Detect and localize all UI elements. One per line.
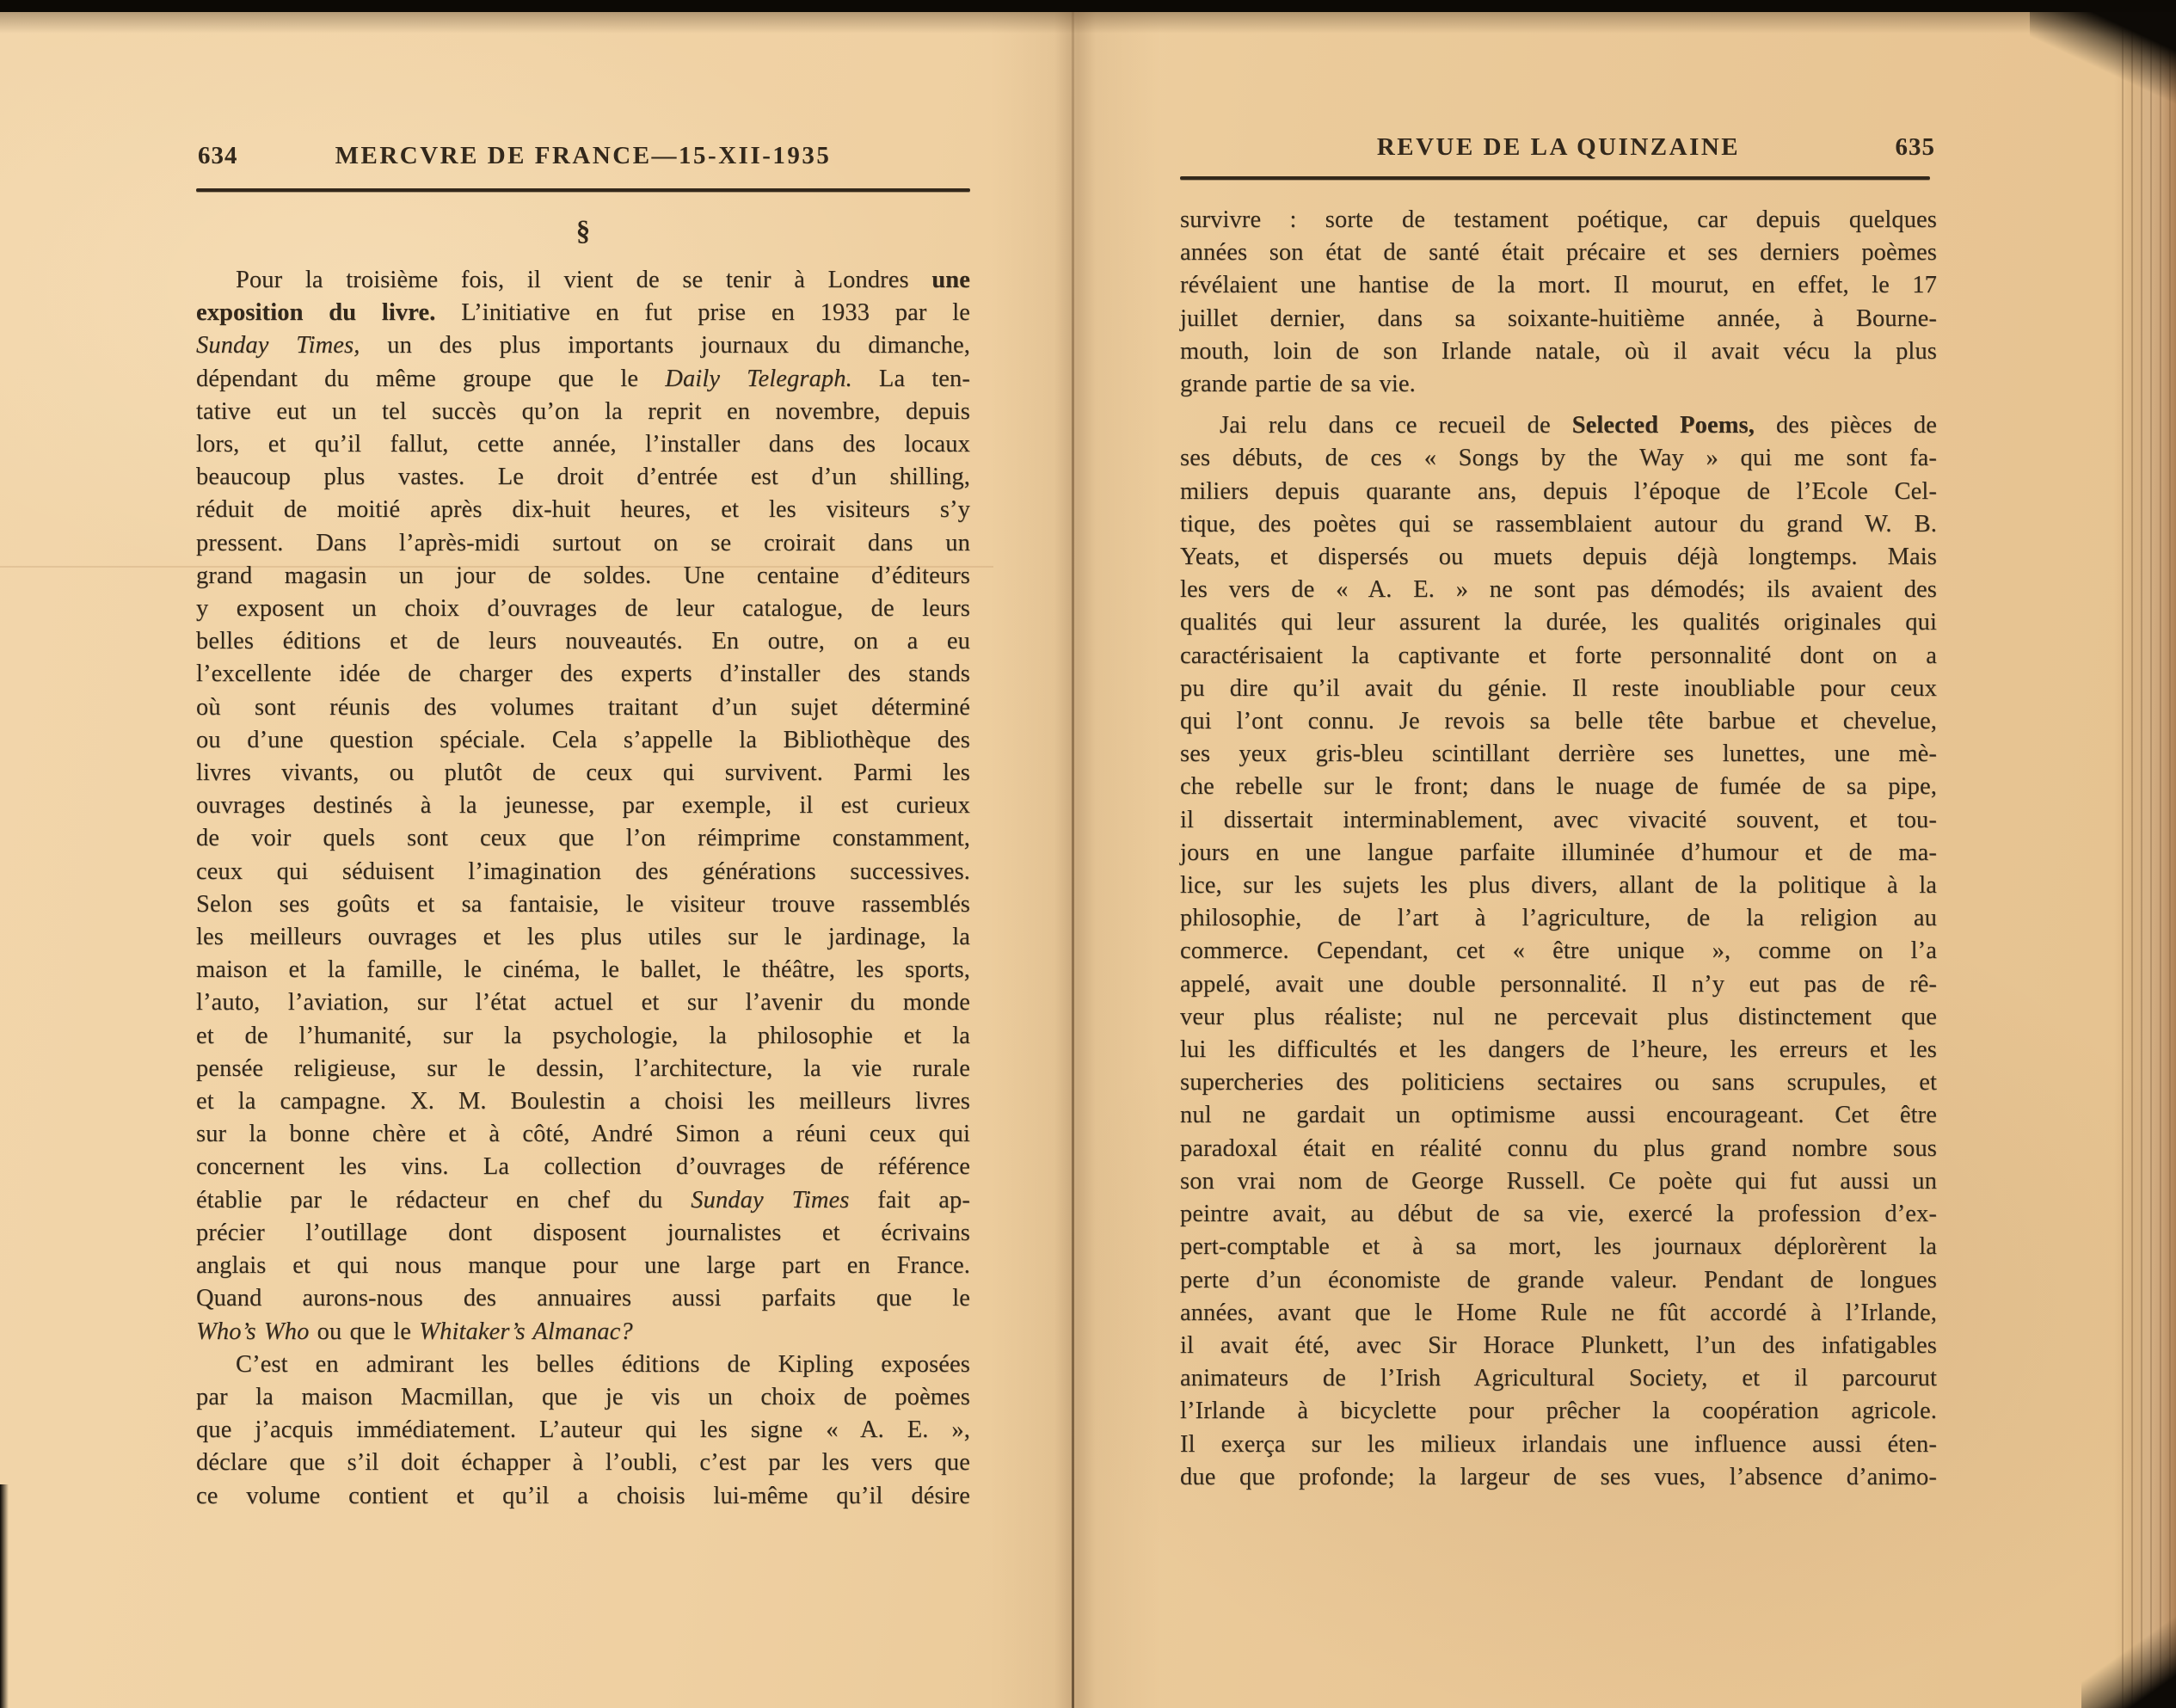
text-line: Yeats, et dispersés ou muets depuis déjà…	[1180, 541, 1937, 574]
body-text: tative eut un tel succès qu’on la reprit…	[196, 398, 970, 425]
body-text: y exposent un choix d’ouvrages de leur c…	[196, 595, 970, 622]
section-mark: §	[196, 212, 970, 250]
text-line: précier l’outillage dont disposent journ…	[196, 1217, 970, 1250]
body-text: réduit de moitié après dix-huit heures, …	[196, 496, 970, 523]
body-text: mouth, loin de son Irlande natale, où il…	[1180, 338, 1937, 365]
text-line: par la maison Macmillan, que je vis un c…	[196, 1381, 970, 1414]
text-line: C’est en admirant les belles éditions de…	[196, 1349, 970, 1381]
body-text: années, avant que le Home Rule ne fût ac…	[1180, 1299, 1937, 1326]
body-text: C’est en admirant les belles éditions de…	[236, 1351, 970, 1378]
body-text: ouvrages destinés à la jeunesse, par exe…	[196, 792, 970, 819]
text-line: tative eut un tel succès qu’on la reprit…	[196, 396, 970, 428]
text-line: Il exerça sur les milieux irlandais une …	[1180, 1428, 1937, 1461]
text-line: beaucoup plus vastes. Le droit d’entrée …	[196, 461, 970, 494]
text-line: perte d’un économiste de grande valeur. …	[1180, 1264, 1937, 1297]
body-text: qui l’ont connu. Je revois sa belle tête…	[1180, 708, 1937, 734]
body-text: que j’acquis immédiatement. L’auteur qui…	[196, 1416, 970, 1443]
body-text: livres vivants, ou plutôt de ceux qui su…	[196, 759, 970, 786]
text-line: révélaient une hantise de la mort. Il mo…	[1180, 269, 1937, 302]
text-line: établie par le rédacteur en chef du Sund…	[196, 1184, 970, 1217]
text-line: miliers depuis quarante ans, depuis l’ép…	[1180, 476, 1937, 508]
text-line: Jai relu dans ce recueil de Selected Poe…	[1180, 409, 1937, 442]
open-book-pages: 634 MERCVRE DE FRANCE—15-XII-1935 § Pour…	[0, 11, 2176, 1708]
body-text: La ten-	[852, 366, 970, 392]
body-text: appelé, avait une double personnalité. I…	[1180, 971, 1937, 998]
gutter-shadow	[989, 11, 1161, 1708]
text-line: années, avant que le Home Rule ne fût ac…	[1180, 1297, 1937, 1330]
body-text: Jai relu dans ce recueil de	[1220, 412, 1572, 439]
text-line: caractérisaient la captivante et forte p…	[1180, 640, 1937, 673]
body-text: pensée religieuse, sur le dessin, l’arch…	[196, 1055, 970, 1082]
text-line: sur la bonne chère et à côté, André Simo…	[196, 1118, 970, 1151]
text-line: et la campagne. X. M. Boulestin a choisi…	[196, 1085, 970, 1118]
text-line: animateurs de l’Irish Agricultural Socie…	[1180, 1362, 1937, 1395]
text-line: juillet dernier, dans sa soixante-huitiè…	[1180, 303, 1937, 335]
body-text: son vrai nom de George Russell. Ce poète…	[1180, 1168, 1937, 1195]
text-line: les meilleurs ouvrages et les plus utile…	[196, 921, 970, 954]
body-text: il dissertait interminablement, avec viv…	[1180, 807, 1937, 833]
text-line: l’auto, l’aviation, sur l’état actuel et…	[196, 986, 970, 1019]
body-text: peintre avait, au début de sa vie, exerc…	[1180, 1201, 1937, 1227]
italic-text: Who’s Who	[196, 1318, 309, 1345]
text-line: tique, des poètes qui se rassemblaient a…	[1180, 508, 1937, 541]
text-line: livres vivants, ou plutôt de ceux qui su…	[196, 757, 970, 789]
text-line: ses yeux gris-bleu scintillant derrière …	[1180, 738, 1937, 771]
text-line: anglais et qui nous manque pour une larg…	[196, 1250, 970, 1282]
right-running-title: REVUE DE LA QUINZAINE	[1180, 133, 1937, 162]
text-line: déclare que s’il doit échapper à l’oubli…	[196, 1447, 970, 1479]
body-text: veur plus réaliste; nul ne percevait plu…	[1180, 1004, 1937, 1030]
fore-edge-page-stack	[2114, 11, 2176, 1708]
text-line: pensée religieuse, sur le dessin, l’arch…	[196, 1053, 970, 1085]
text-line: l’excellente idée de charger des experts…	[196, 658, 970, 691]
body-text: révélaient une hantise de la mort. Il mo…	[1180, 272, 1937, 298]
text-line: lice, sur les sujets les plus divers, al…	[1180, 869, 1937, 902]
text-line: pressent. Dans l’après-midi surtout on s…	[196, 527, 970, 560]
text-line: dépendant du même groupe que le Daily Te…	[196, 363, 970, 396]
body-text: un des plus importants journaux du diman…	[360, 332, 970, 359]
text-line: che rebelle sur le front; dans le nuage …	[1180, 771, 1937, 803]
text-line: qualités qui leur assurent la durée, les…	[1180, 606, 1937, 639]
body-text: l’auto, l’aviation, sur l’état actuel et…	[196, 989, 970, 1016]
body-text: belles éditions et de leurs nouveautés. …	[196, 628, 970, 654]
right-page-text: survivre : sorte de testament poétique, …	[1180, 204, 1937, 1494]
text-line: maison et la famille, le cinéma, le ball…	[196, 954, 970, 986]
body-text: perte d’un économiste de grande valeur. …	[1180, 1267, 1937, 1293]
text-line: belles éditions et de leurs nouveautés. …	[196, 625, 970, 658]
bold-text: Selected Poems,	[1572, 412, 1755, 439]
body-text: l’Irlande à bicyclette pour prêcher la c…	[1180, 1398, 1937, 1424]
text-line: grande partie de sa vie.	[1180, 368, 1937, 401]
top-black-border	[0, 0, 2176, 12]
italic-text: Sunday Times,	[196, 332, 360, 359]
body-text: et la campagne. X. M. Boulestin a choisi…	[196, 1088, 970, 1115]
text-line: nul ne gardait un optimisme aussi encour…	[1180, 1099, 1937, 1132]
left-running-title: MERCVRE DE FRANCE—15-XII-1935	[196, 142, 970, 170]
body-text: lors, et qu’il fallut, cette année, l’in…	[196, 431, 970, 458]
left-page: 634 MERCVRE DE FRANCE—15-XII-1935 § Pour…	[196, 142, 970, 1513]
body-text: juillet dernier, dans sa soixante-huitiè…	[1180, 305, 1937, 332]
body-text: ses yeux gris-bleu scintillant derrière …	[1180, 740, 1937, 767]
gutter-crease	[1072, 11, 1074, 1708]
body-text: Quand aurons-nous des annuaires aussi pa…	[196, 1285, 970, 1312]
body-text: Il exerça sur les milieux irlandais une …	[1180, 1431, 1937, 1458]
body-text: miliers depuis quarante ans, depuis l’ép…	[1180, 478, 1937, 505]
left-header-rule	[196, 188, 970, 192]
scanned-book-spread: 634 MERCVRE DE FRANCE—15-XII-1935 § Pour…	[0, 0, 2176, 1708]
body-text: lice, sur les sujets les plus divers, al…	[1180, 872, 1937, 899]
body-text: ou que le	[309, 1318, 419, 1345]
text-line: son vrai nom de George Russell. Ce poète…	[1180, 1165, 1937, 1198]
text-line: il dissertait interminablement, avec viv…	[1180, 804, 1937, 837]
text-line: due que profonde; la largeur de ses vues…	[1180, 1461, 1937, 1494]
body-text: les meilleurs ouvrages et les plus utile…	[196, 924, 970, 950]
text-line: lui les difficultés et les dangers de l’…	[1180, 1034, 1937, 1066]
body-text: ses débuts, de ces « Songs by the Way » …	[1180, 445, 1937, 471]
body-text: Yeats, et dispersés ou muets depuis déjà…	[1180, 544, 1937, 570]
text-line: pu dire qu’il avait du génie. Il reste i…	[1180, 673, 1937, 705]
body-text: concernent les vins. La collection d’ouv…	[196, 1153, 970, 1180]
body-text: jours en une langue parfaite illuminée d…	[1180, 839, 1937, 866]
body-text: sur la bonne chère et à côté, André Simo…	[196, 1121, 970, 1147]
text-line: qui l’ont connu. Je revois sa belle tête…	[1180, 705, 1937, 738]
text-line: réduit de moitié après dix-huit heures, …	[196, 494, 970, 526]
text-line: ou d’une question spéciale. Cela s’appel…	[196, 724, 970, 757]
text-line: ceux qui séduisent l’imagination des gén…	[196, 856, 970, 888]
body-text: établie par le rédacteur en chef du	[196, 1187, 691, 1213]
top-right-corner-shadow	[2030, 11, 2176, 123]
text-line: Selon ses goûts et sa fantaisie, le visi…	[196, 888, 970, 921]
body-text: les vers de « A. E. » ne sont pas démodé…	[1180, 576, 1937, 603]
text-line: Who’s Who ou que le Whitaker’s Almanac?	[196, 1316, 970, 1349]
text-line: peintre avait, au début de sa vie, exerc…	[1180, 1198, 1937, 1231]
body-text: déclare que s’il doit échapper à l’oubli…	[196, 1449, 970, 1476]
body-text: grande partie de sa vie.	[1180, 371, 1416, 397]
left-page-header: 634 MERCVRE DE FRANCE—15-XII-1935	[196, 142, 970, 176]
body-text: philosophie, de l’art à l’agriculture, d…	[1180, 905, 1937, 931]
text-line: supercheries des politiciens sectaires o…	[1180, 1066, 1937, 1099]
text-line: années son état de santé était précaire …	[1180, 237, 1937, 269]
body-text: Selon ses goûts et sa fantaisie, le visi…	[196, 891, 970, 918]
body-text: par la maison Macmillan, que je vis un c…	[196, 1384, 970, 1410]
body-text: ce volume contient et qu’il a choisis lu…	[196, 1483, 970, 1509]
body-text: ceux qui séduisent l’imagination des gén…	[196, 858, 970, 885]
left-page-text: Pour la troisième fois, il vient de se t…	[196, 264, 970, 1513]
body-text: survivre : sorte de testament poétique, …	[1180, 206, 1937, 233]
text-line: et de l’humanité, sur la psychologie, la…	[196, 1020, 970, 1053]
body-text: années son état de santé était précaire …	[1180, 239, 1937, 266]
text-line: où sont réunis des volumes traitant d’un…	[196, 691, 970, 724]
body-text: l’excellente idée de charger des experts…	[196, 660, 970, 687]
text-line: il avait été, avec Sir Horace Plunkett, …	[1180, 1330, 1937, 1362]
text-line: jours en une langue parfaite illuminée d…	[1180, 837, 1937, 869]
body-text: Pour la troisième fois, il vient de se t…	[236, 267, 931, 293]
body-text: pressent. Dans l’après-midi surtout on s…	[196, 530, 970, 556]
body-text: maison et la famille, le cinéma, le ball…	[196, 956, 970, 983]
text-line: concernent les vins. La collection d’ouv…	[196, 1151, 970, 1183]
text-line: y exposent un choix d’ouvrages de leur c…	[196, 593, 970, 625]
body-text: des pièces de	[1755, 412, 1937, 439]
text-line: exposition du livre. L’initiative en fut…	[196, 297, 970, 329]
body-text: lui les difficultés et les dangers de l’…	[1180, 1036, 1937, 1063]
body-text: dépendant du même groupe que le	[196, 366, 665, 392]
italic-text: Daily Telegraph.	[665, 366, 852, 392]
body-text: animateurs de l’Irish Agricultural Socie…	[1180, 1365, 1937, 1392]
text-line: ce volume contient et qu’il a choisis lu…	[196, 1480, 970, 1513]
bold-text: exposition du livre.	[196, 299, 435, 326]
body-text: che rebelle sur le front; dans le nuage …	[1180, 773, 1937, 800]
text-line: mouth, loin de son Irlande natale, où il…	[1180, 335, 1937, 368]
body-text: grand magasin un jour de soldes. Une cen…	[196, 562, 970, 589]
body-text: pu dire qu’il avait du génie. Il reste i…	[1180, 675, 1937, 702]
body-text: supercheries des politiciens sectaires o…	[1180, 1069, 1937, 1096]
body-text: qualités qui leur assurent la durée, les…	[1180, 609, 1937, 636]
text-line: commerce. Cependant, cet « être unique »…	[1180, 935, 1937, 968]
body-text: il avait été, avec Sir Horace Plunkett, …	[1180, 1332, 1937, 1359]
text-line: survivre : sorte de testament poétique, …	[1180, 204, 1937, 237]
text-line: Quand aurons-nous des annuaires aussi pa…	[196, 1282, 970, 1315]
text-line: paradoxal était en réalité connu du plus…	[1180, 1133, 1937, 1165]
text-line: Sunday Times, un des plus importants jou…	[196, 329, 970, 362]
right-page: REVUE DE LA QUINZAINE 635 survivre : sor…	[1180, 133, 1937, 1494]
text-line: Pour la troisième fois, il vient de se t…	[196, 264, 970, 297]
text-line: grand magasin un jour de soldes. Une cen…	[196, 560, 970, 593]
body-text: caractérisaient la captivante et forte p…	[1180, 642, 1937, 669]
bold-text: une	[931, 267, 970, 293]
text-line: pert-comptable et à sa mort, les journau…	[1180, 1231, 1937, 1263]
body-text: paradoxal était en réalité connu du plus…	[1180, 1135, 1937, 1162]
body-text: et de l’humanité, sur la psychologie, la…	[196, 1023, 970, 1049]
body-text: commerce. Cependant, cet « être unique »…	[1180, 937, 1937, 964]
text-line: de voir quels sont ceux que l’on réimpri…	[196, 822, 970, 855]
body-text: tique, des poètes qui se rassemblaient a…	[1180, 511, 1937, 538]
text-line: lors, et qu’il fallut, cette année, l’in…	[196, 428, 970, 461]
body-text: beaucoup plus vastes. Le droit d’entrée …	[196, 464, 970, 490]
text-line: appelé, avait une double personnalité. I…	[1180, 968, 1937, 1001]
text-line: philosophie, de l’art à l’agriculture, d…	[1180, 902, 1937, 935]
right-page-header: REVUE DE LA QUINZAINE 635	[1180, 133, 1937, 168]
body-text: précier l’outillage dont disposent journ…	[196, 1220, 970, 1246]
text-line: les vers de « A. E. » ne sont pas démodé…	[1180, 574, 1937, 606]
italic-text: Sunday Times	[691, 1187, 849, 1213]
body-text: fait ap-	[849, 1187, 970, 1213]
text-line: ouvrages destinés à la jeunesse, par exe…	[196, 789, 970, 822]
text-line: ses débuts, de ces « Songs by the Way » …	[1180, 442, 1937, 475]
body-text: nul ne gardait un optimisme aussi encour…	[1180, 1102, 1937, 1128]
right-header-rule	[1180, 176, 1930, 180]
text-line: l’Irlande à bicyclette pour prêcher la c…	[1180, 1395, 1937, 1428]
italic-text: Whitaker’s Almanac?	[419, 1318, 633, 1345]
right-page-number: 635	[1896, 133, 1936, 162]
text-line: veur plus réaliste; nul ne percevait plu…	[1180, 1001, 1937, 1034]
bottom-right-corner-shadow	[2081, 1596, 2176, 1708]
text-line: que j’acquis immédiatement. L’auteur qui…	[196, 1414, 970, 1447]
body-text: due que profonde; la largeur de ses vues…	[1180, 1464, 1937, 1490]
body-text: anglais et qui nous manque pour une larg…	[196, 1252, 970, 1279]
body-text: ou d’une question spéciale. Cela s’appel…	[196, 727, 970, 753]
body-text: L’initiative en fut prise en 1933 par le	[435, 299, 970, 326]
body-text: pert-comptable et à sa mort, les journau…	[1180, 1233, 1937, 1260]
bottom-left-edge-shadow	[0, 1484, 9, 1708]
body-text: où sont réunis des volumes traitant d’un…	[196, 694, 970, 721]
body-text: de voir quels sont ceux que l’on réimpri…	[196, 825, 970, 851]
